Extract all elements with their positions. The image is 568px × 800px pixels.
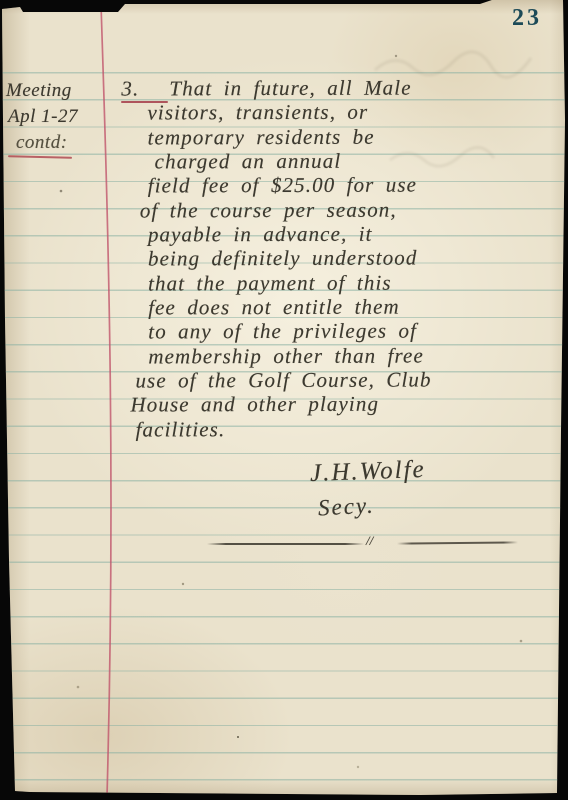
entry-line-text: That in future, all Male xyxy=(169,76,411,101)
entry-line: membership other than free xyxy=(148,343,431,368)
entry-line: House and other playing xyxy=(130,392,431,417)
ink-specks xyxy=(237,736,239,738)
entry-line: being definitely understood xyxy=(148,246,431,271)
margin-note-date: Apl 1-27 xyxy=(8,104,78,130)
minute-entry: 3.That in future, all Male visitors, tra… xyxy=(121,75,431,441)
entry-line: fee does not entitle them xyxy=(148,295,431,320)
separator-ditto-mark: // xyxy=(366,533,373,549)
margin-note: Meeting Apl 1-27 contd: xyxy=(6,78,78,156)
margin-note-contd: contd: xyxy=(16,130,78,156)
entry-item-number: 3. xyxy=(121,76,169,101)
secretary-title: Secy. xyxy=(317,493,375,522)
entry-line: of the course per season, xyxy=(140,197,431,222)
entry-line: payable in advance, it xyxy=(148,222,431,247)
entry-line: that the payment of this xyxy=(148,270,431,295)
entry-line: field fee of $25.00 for use xyxy=(148,173,431,198)
entry-line: visitors, transients, or xyxy=(147,100,430,125)
entry-line: charged an annual xyxy=(155,148,431,173)
ledger-page: 23 Meeting Apl 1-27 contd: 3.That in fut… xyxy=(0,0,568,800)
entry-line: use of the Golf Course, Club xyxy=(135,368,431,393)
page-number: 23 xyxy=(512,5,556,32)
entry-line: 3.That in future, all Male xyxy=(121,75,430,100)
margin-note-meeting: Meeting xyxy=(6,78,78,104)
separator-line-left xyxy=(207,543,364,545)
secretary-signature: J.H.Wolfe xyxy=(310,456,427,488)
entry-line: temporary residents be xyxy=(148,124,431,149)
entry-line: to any of the privileges of xyxy=(148,319,431,344)
red-underline-item-number xyxy=(121,101,168,103)
entry-line: facilities. xyxy=(136,416,432,441)
